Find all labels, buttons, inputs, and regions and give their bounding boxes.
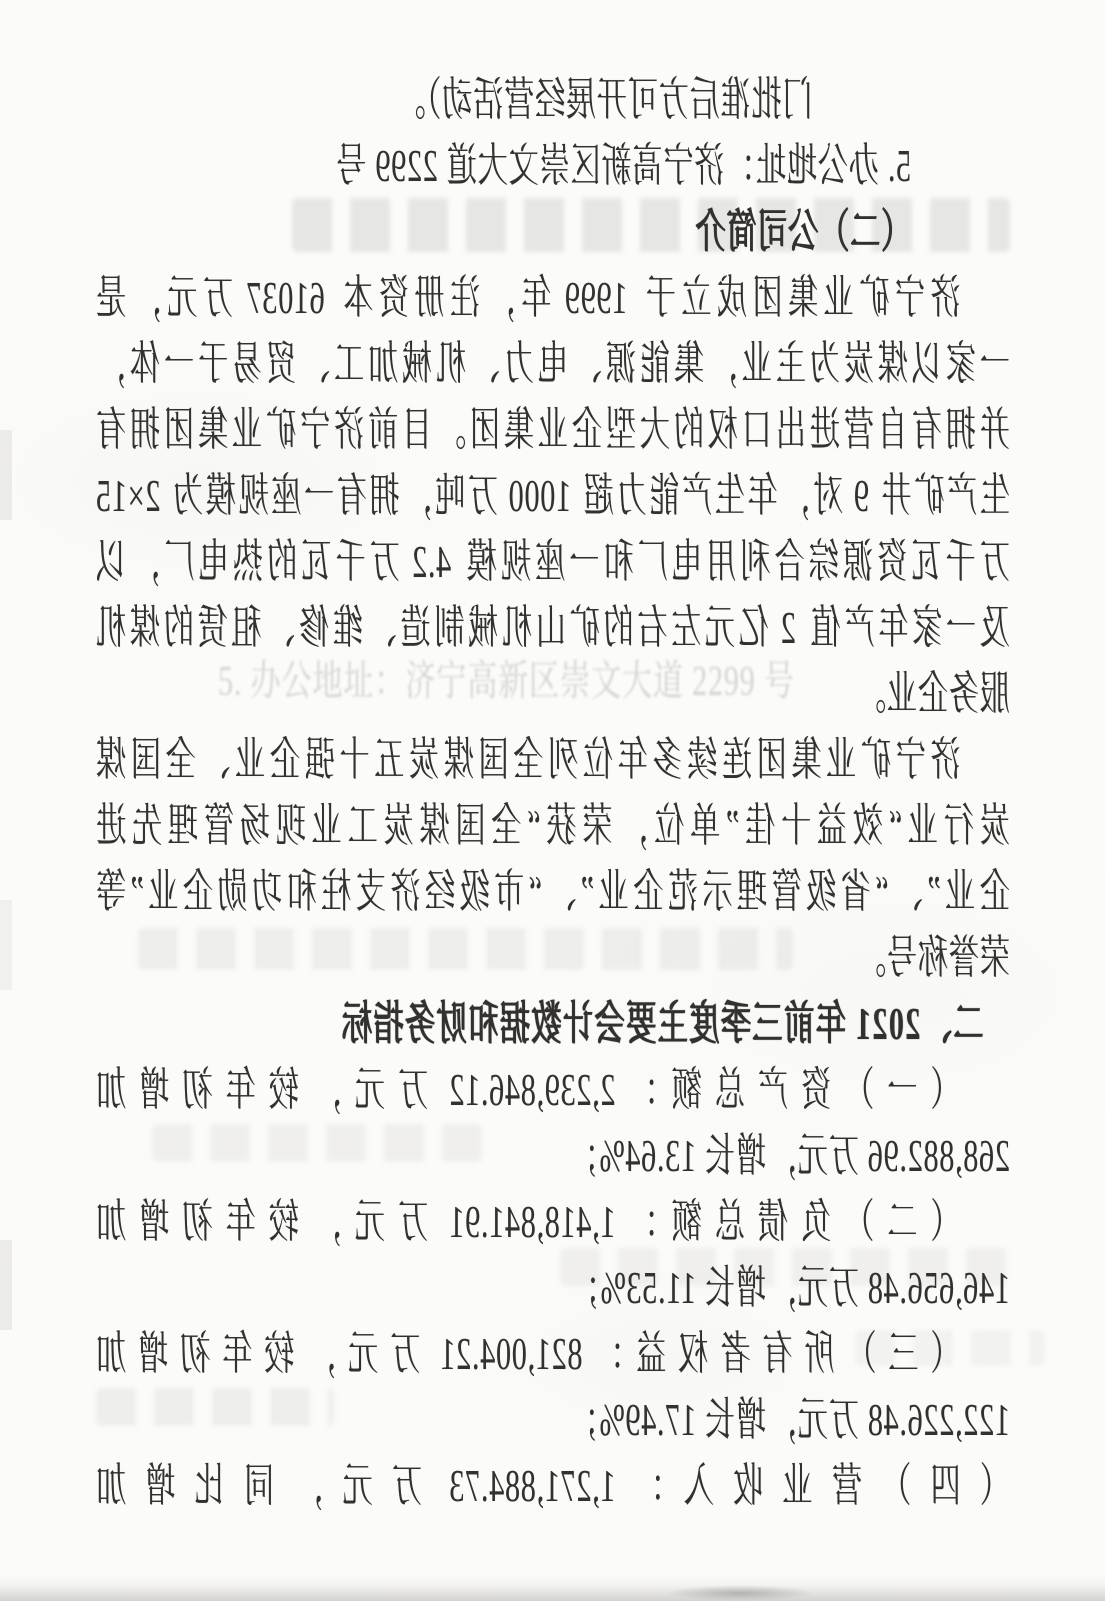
metric-operating-revenue-line: （四）营业收入：1,271,884.73 万元，同比增加	[95, 1453, 1010, 1519]
text-line: 及一家年产值 2 亿元左右的矿山机械制造、维修、租赁的煤机	[95, 595, 1010, 661]
metric-owners-equity-growth-line: 122,226.48 万元，增长 17.49%；	[95, 1387, 1010, 1453]
text-line: 并拥有自营进出口权的大型企业集团。目前济宁矿业集团拥有	[95, 397, 1010, 463]
section-heading-company-profile: （二）公司简介	[95, 199, 1010, 265]
metric-total-liabilities-growth-line: 146,656.48 万元，增长 11.53%；	[95, 1255, 1010, 1321]
text-line: 企业”、“省级管理示范企业”、“市级经济支柱和功勋企业”等	[95, 859, 1010, 925]
metric-total-liabilities-line: （二）负债总额：1,418,841.91 万元，较年初增加	[95, 1189, 1010, 1255]
scanned-document-page: 5. 办公地址：济宁高新区崇文大道 2299 号 门批准后方可开展经营活动）。 …	[0, 0, 1105, 1601]
text-line: 服务企业。	[95, 661, 1010, 727]
text-line: 一家以煤炭为主业，集能源、电力、机械加工、贸易于一体，	[95, 331, 1010, 397]
mirrored-text-layer: 门批准后方可开展经营活动）。 5. 办公地址：济宁高新区崇文大道 2299 号 …	[0, 0, 1105, 1601]
office-address-line: 5. 办公地址：济宁高新区崇文大道 2299 号	[95, 133, 1010, 199]
text-line: 荣誉称号。	[95, 925, 1010, 991]
metric-total-assets-growth-line: 268,882.96 万元，增长 13.64%；	[95, 1123, 1010, 1189]
scan-bottom-edge-smudge	[665, 1585, 815, 1601]
text-line: 万千瓦资源综合利用电厂和一座规模 4.2 万千瓦的热电厂，以	[95, 529, 1010, 595]
scan-bottom-edge-shadow	[0, 1575, 1105, 1601]
text-line: 炭行业“效益十佳”单位，荣获“全国煤炭工业现场管理先进	[95, 793, 1010, 859]
text-line: 门批准后方可开展经营活动）。	[95, 67, 1010, 133]
metric-total-assets-line: （一）资产总额：2,239,846.12 万元，较年初增加	[95, 1057, 1010, 1123]
text-line: 济宁矿业集团成立于 1999 年，注册资本 61037 万元，是	[95, 265, 1010, 331]
metric-owners-equity-line: （三）所有者权益：821,004.21 万元，较年初增加	[95, 1321, 1010, 1387]
scan-left-edge-artifact	[0, 0, 12, 1601]
section-heading-financial-indicators: 二、2021 年前三季度主要会计数据和财务指标	[95, 991, 1010, 1057]
text-line: 济宁矿业集团连续多年位列全国煤炭五十强企业、全国煤	[95, 727, 1010, 793]
text-line: 生产矿井 9 对，年生产能力超 1000 万吨，拥有一座规模为 2×15	[95, 463, 1010, 529]
